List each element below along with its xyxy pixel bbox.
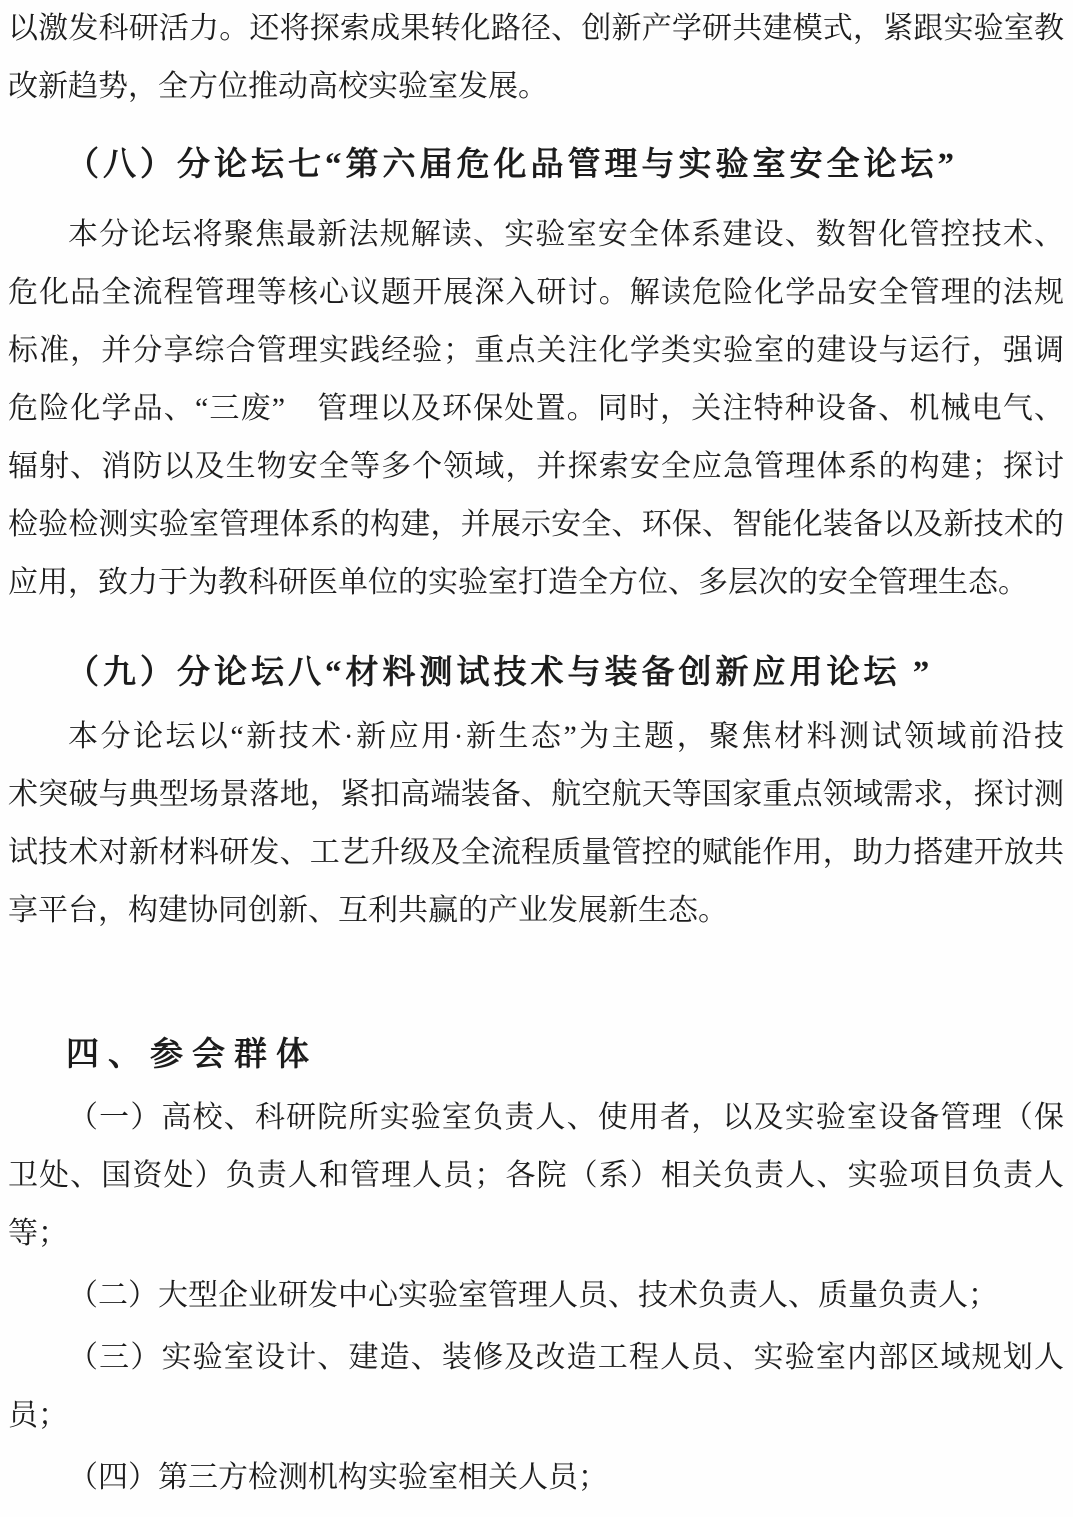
paragraph-line: 应用，致力于为教科研医单位的实验室打造全方位、多层次的安全管理生态。 <box>8 554 1064 612</box>
paragraph-line: 术突破与典型场景落地，紧扣高端装备、航空航天等国家重点领域需求，探讨测 <box>8 766 1064 824</box>
paragraph-line: 以激发科研活力。还将探索成果转化路径、创新产学研共建模式，紧跟实验室教 <box>8 0 1064 58</box>
paragraph-line: 危化品全流程管理等核心议题开展深入研讨。解读危险化学品安全管理的法规 <box>8 264 1064 322</box>
section-8-body: 本分论坛将聚焦最新法规解读、实验室安全体系建设、数智化管控技术、 危化品全流程管… <box>8 206 1064 612</box>
paragraph-line: 标准，并分享综合管理实践经验；重点关注化学类实验室的建设与运行，强调 <box>8 322 1064 380</box>
attendee-item-1: （一）高校、科研院所实验室负责人、使用者，以及实验室设备管理（保 卫处、国资处）… <box>8 1089 1064 1263</box>
paragraph-line: （二）大型企业研发中心实验室管理人员、技术负责人、质量负责人； <box>8 1267 1064 1325</box>
paragraph-line: 试技术对新材料研发、工艺升级及全流程质量管控的赋能作用，助力搭建开放共 <box>8 824 1064 882</box>
paragraph-line: 改新趋势，全方位推动高校实验室发展。 <box>8 58 1064 116</box>
attendee-item-2: （二）大型企业研发中心实验室管理人员、技术负责人、质量负责人； <box>8 1267 1064 1325</box>
attendees-heading: 四、参会群体 <box>8 1026 1064 1084</box>
attendees-list: （一）高校、科研院所实验室负责人、使用者，以及实验室设备管理（保 卫处、国资处）… <box>8 1089 1064 1507</box>
section-9-heading: （九）分论坛八“材料测试技术与装备创新应用论坛 ” <box>8 644 1064 702</box>
paragraph-line: 检验检测实验室管理体系的构建，并展示安全、环保、智能化装备以及新技术的 <box>8 496 1064 554</box>
paragraph-line: 享平台，构建协同创新、互利共赢的产业发展新生态。 <box>8 882 1064 940</box>
paragraph-line: 辐射、消防以及生物安全等多个领域，并探索安全应急管理体系的构建；探讨 <box>8 438 1064 496</box>
paragraph-line: 危险化学品、“三废” 管理以及环保处置。同时，关注特种设备、机械电气、 <box>8 380 1064 438</box>
intro-paragraph: 以激发科研活力。还将探索成果转化路径、创新产学研共建模式，紧跟实验室教 改新趋势… <box>8 0 1064 116</box>
paragraph-line: （一）高校、科研院所实验室负责人、使用者，以及实验室设备管理（保 <box>8 1089 1064 1147</box>
paragraph-line: 本分论坛以“新技术·新应用·新生态”为主题，聚焦材料测试领域前沿技 <box>8 708 1064 766</box>
paragraph-line: 员； <box>8 1387 1064 1445</box>
section-9-body: 本分论坛以“新技术·新应用·新生态”为主题，聚焦材料测试领域前沿技 术突破与典型… <box>8 708 1064 940</box>
paragraph-line: 等； <box>8 1205 1064 1263</box>
paragraph-line: （四）第三方检测机构实验室相关人员； <box>8 1449 1064 1507</box>
document-page: 以激发科研活力。还将探索成果转化路径、创新产学研共建模式，紧跟实验室教 改新趋势… <box>0 0 1073 1517</box>
attendee-item-3: （三）实验室设计、建造、装修及改造工程人员、实验室内部区域规划人 员； <box>8 1329 1064 1445</box>
section-8-heading: （八）分论坛七“第六届危化品管理与实验室安全论坛” <box>8 136 1064 194</box>
paragraph-line: （三）实验室设计、建造、装修及改造工程人员、实验室内部区域规划人 <box>8 1329 1064 1387</box>
paragraph-line: 本分论坛将聚焦最新法规解读、实验室安全体系建设、数智化管控技术、 <box>8 206 1064 264</box>
attendee-item-4: （四）第三方检测机构实验室相关人员； <box>8 1449 1064 1507</box>
paragraph-line: 卫处、国资处）负责人和管理人员；各院（系）相关负责人、实验项目负责人 <box>8 1147 1064 1205</box>
